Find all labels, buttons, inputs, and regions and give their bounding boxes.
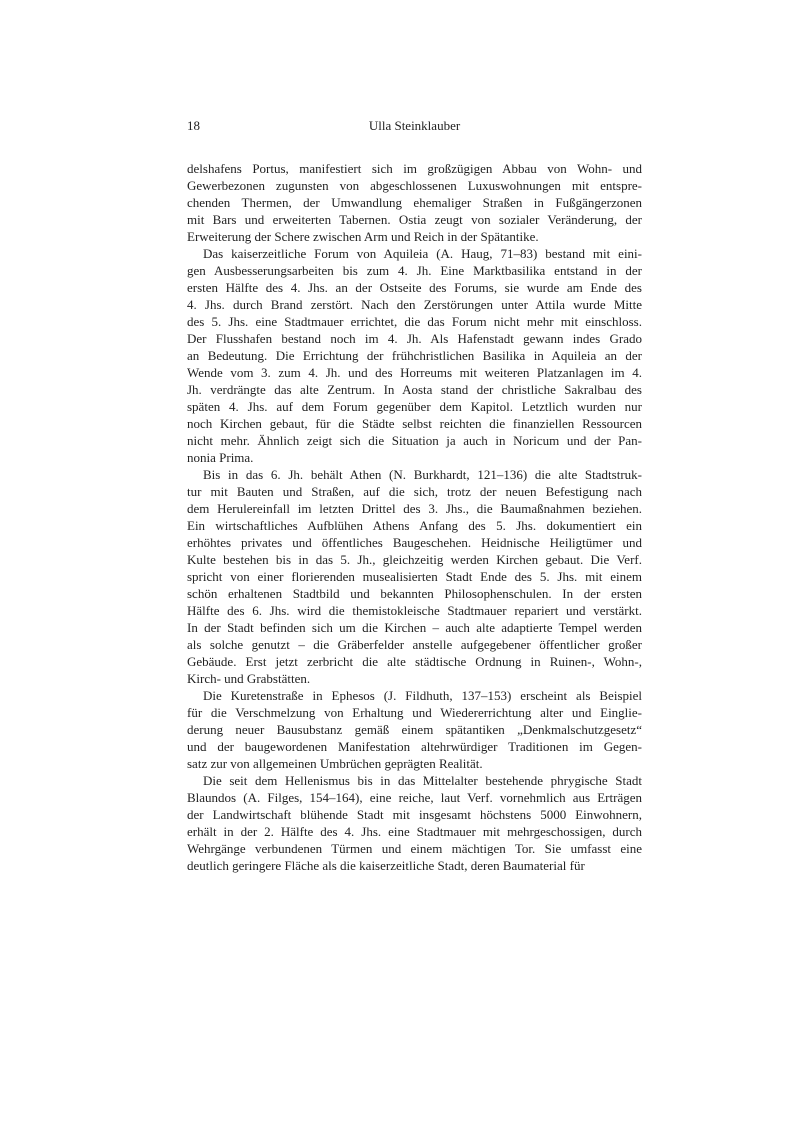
text-line: mit Bars und erweiterten Tabernen. Ostia…	[187, 211, 642, 228]
page-number: 18	[187, 118, 200, 134]
text-line: Blaundos (A. Filges, 154–164), eine reic…	[187, 789, 642, 806]
text-line: Bis in das 6. Jh. behält Athen (N. Burkh…	[187, 466, 642, 483]
text-line: Die seit dem Hellenismus bis in das Mitt…	[187, 772, 642, 789]
text-line: tur mit Bauten und Straßen, auf die sich…	[187, 483, 642, 500]
text-line: nonia Prima.	[187, 449, 642, 466]
text-line: Der Flusshafen bestand noch im 4. Jh. Al…	[187, 330, 642, 347]
text-line: delshafens Portus, manifestiert sich im …	[187, 160, 642, 177]
text-line: erhält in der 2. Hälfte des 4. Jhs. eine…	[187, 823, 642, 840]
text-line: satz zur von allgemeinen Umbrüchen geprä…	[187, 755, 642, 772]
text-line: Kirch- und Grabstätten.	[187, 670, 642, 687]
text-line: spricht von einer florierenden musealisi…	[187, 568, 642, 585]
text-line: derung neuer Bausubstanz gemäß einem spä…	[187, 721, 642, 738]
text-line: noch Kirchen gebaut, für die Städte selb…	[187, 415, 642, 432]
text-line: Gewerbezonen zugunsten von abgeschlossen…	[187, 177, 642, 194]
paragraph: Bis in das 6. Jh. behält Athen (N. Burkh…	[187, 466, 642, 687]
running-head: Ulla Steinklauber	[187, 118, 642, 134]
text-line: Gebäude. Erst jetzt zerbricht die alte s…	[187, 653, 642, 670]
page-header: 18 Ulla Steinklauber	[187, 118, 642, 135]
paragraph: Die Kuretenstraße in Ephesos (J. Fildhut…	[187, 687, 642, 772]
text-line: Kulte bestehen bis in das 5. Jh., gleich…	[187, 551, 642, 568]
text-line: chenden Thermen, der Umwandlung ehemalig…	[187, 194, 642, 211]
text-line: der Landwirtschaft blühende Stadt mit in…	[187, 806, 642, 823]
document-page: 18 Ulla Steinklauber delshafens Portus, …	[0, 0, 800, 1131]
paragraph: Die seit dem Hellenismus bis in das Mitt…	[187, 772, 642, 874]
text-line: erhöhtes privates und öffentliches Bauge…	[187, 534, 642, 551]
text-line: ersten Hälfte des 4. Jhs. an der Ostseit…	[187, 279, 642, 296]
text-line: nicht mehr. Ähnlich zeigt sich die Situa…	[187, 432, 642, 449]
text-column: 18 Ulla Steinklauber delshafens Portus, …	[187, 118, 642, 874]
text-line: Jh. verdrängte das alte Zentrum. In Aost…	[187, 381, 642, 398]
text-line: schön erhaltenen Stadtbild und bekannten…	[187, 585, 642, 602]
text-line: Hälfte des 6. Jhs. wird die themistoklei…	[187, 602, 642, 619]
text-line: des 5. Jhs. eine Stadtmauer errichtet, d…	[187, 313, 642, 330]
text-line: und der baugewordenen Manifestation alte…	[187, 738, 642, 755]
text-line: Die Kuretenstraße in Ephesos (J. Fildhut…	[187, 687, 642, 704]
text-line: gen Ausbesserungsarbeiten bis zum 4. Jh.…	[187, 262, 642, 279]
text-line: 4. Jhs. durch Brand zerstört. Nach den Z…	[187, 296, 642, 313]
text-line: Wehrgänge verbundenen Türmen und einem m…	[187, 840, 642, 857]
text-line: Das kaiserzeitliche Forum von Aquileia (…	[187, 245, 642, 262]
paragraph: delshafens Portus, manifestiert sich im …	[187, 160, 642, 245]
paragraph: Das kaiserzeitliche Forum von Aquileia (…	[187, 245, 642, 466]
text-line: Ein wirtschaftliches Aufblühen Athens An…	[187, 517, 642, 534]
text-line: späten 4. Jhs. auf dem Forum gegenüber d…	[187, 398, 642, 415]
text-line: In der Stadt befinden sich um die Kirche…	[187, 619, 642, 636]
text-line: als solche genutzt – die Gräberfelder an…	[187, 636, 642, 653]
text-line: Wende vom 3. zum 4. Jh. und des Horreums…	[187, 364, 642, 381]
text-line: Erweiterung der Schere zwischen Arm und …	[187, 228, 642, 245]
text-line: an Bedeutung. Die Errichtung der frühchr…	[187, 347, 642, 364]
text-line: deutlich geringere Fläche als die kaiser…	[187, 857, 642, 874]
page-body: delshafens Portus, manifestiert sich im …	[187, 160, 642, 874]
text-line: für die Verschmelzung von Erhaltung und …	[187, 704, 642, 721]
text-line: dem Herulereinfall im letzten Drittel de…	[187, 500, 642, 517]
